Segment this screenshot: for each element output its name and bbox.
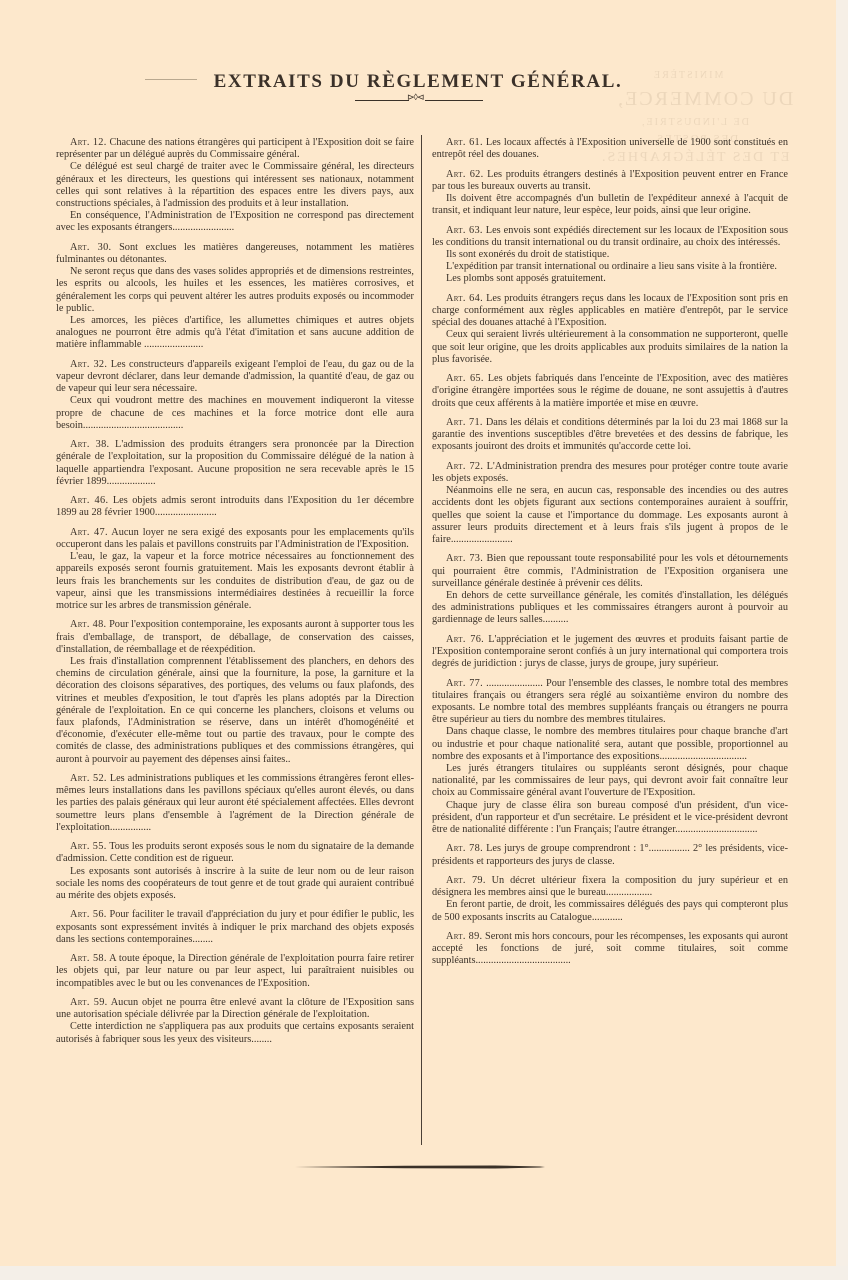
article-paragraph: Art. 77. ...................... Pour l'e… <box>432 678 788 727</box>
article-number: Art. 78. <box>446 843 483 854</box>
article-paragraph: Art. 71. Dans les délais et conditions d… <box>432 417 788 454</box>
article-text: Tous les produits seront exposés sous le… <box>56 841 414 864</box>
article-text: Les produits étrangers reçus dans les lo… <box>432 293 788 328</box>
article-number: Art. 71. <box>446 417 483 428</box>
article-paragraph: Art. 62. Les produits étrangers destinés… <box>432 169 788 193</box>
article-text: ...................... Pour l'ensemble d… <box>432 678 788 726</box>
article-text: A toute époque, la Direction générale de… <box>56 953 414 988</box>
article-text: L'Administration prendra des mesures pou… <box>432 461 788 484</box>
article-text: Bien que repoussant toute responsabilité… <box>432 553 788 588</box>
article-79: Art. 79. Un décret ultérieur fixera la c… <box>432 875 788 924</box>
article-65: Art. 65. Les objets fabriqués dans l'enc… <box>432 373 788 410</box>
column-divider <box>421 135 422 1145</box>
article-paragraph: Art. 78. Les jurys de groupe comprendron… <box>432 843 788 867</box>
ornament-glyph: ⊳◊⊲ <box>407 92 424 103</box>
article-paragraph: Art. 64. Les produits étrangers reçus da… <box>432 293 788 330</box>
article-paragraph: Dans chaque classe, le nombre des membre… <box>432 726 788 763</box>
article-12: Art. 12. Chacune des nations étrangères … <box>56 137 414 235</box>
page-margin-bottom <box>0 1266 848 1280</box>
article-48: Art. 48. Pour l'exposition contemporaine… <box>56 619 414 765</box>
article-number: Art. 65. <box>446 373 484 384</box>
article-text: Un décret ultérieur fixera la compositio… <box>432 875 788 898</box>
article-text: Ils sont exonérés du droit de statistiqu… <box>446 249 609 260</box>
article-64: Art. 64. Les produits étrangers reçus da… <box>432 293 788 366</box>
article-paragraph: Art. 79. Un décret ultérieur fixera la c… <box>432 875 788 899</box>
title-ornament: ⊳◊⊲ <box>355 96 483 106</box>
article-text: L'expédition par transit international o… <box>446 261 777 272</box>
article-text: Les plombs sont apposés gratuitement. <box>446 273 606 284</box>
article-62: Art. 62. Les produits étrangers destinés… <box>432 169 788 218</box>
article-number: Art. 89. <box>446 931 482 942</box>
article-number: Art. 48. <box>70 619 106 630</box>
article-text: Les envois sont expédiés directement sur… <box>432 225 788 248</box>
article-76: Art. 76. L'appréciation et le jugement d… <box>432 634 788 671</box>
article-paragraph: Art. 47. Aucun loyer ne sera exigé des e… <box>56 527 414 551</box>
article-63: Art. 63. Les envois sont expédiés direct… <box>432 225 788 286</box>
article-number: Art. 52. <box>70 773 107 784</box>
article-paragraph: Art. 52. Les administrations publiques e… <box>56 773 414 834</box>
article-paragraph: Art. 76. L'appréciation et le jugement d… <box>432 634 788 671</box>
article-paragraph: Art. 59. Aucun objet ne pourra être enle… <box>56 997 414 1021</box>
article-78: Art. 78. Les jurys de groupe comprendron… <box>432 843 788 867</box>
article-text: L'eau, le gaz, la vapeur et la force mot… <box>56 551 414 611</box>
article-paragraph: Art. 30. Sont exclues les matières dange… <box>56 242 414 266</box>
article-paragraph: Les jurés étrangers titulaires ou supplé… <box>432 763 788 800</box>
article-number: Art. 47. <box>70 527 108 538</box>
article-text: En conséquence, l'Administration de l'Ex… <box>56 210 414 233</box>
article-paragraph: L'eau, le gaz, la vapeur et la force mot… <box>56 551 414 612</box>
article-paragraph: Les exposants sont autorisés à inscrire … <box>56 866 414 903</box>
article-52: Art. 52. Les administrations publiques e… <box>56 773 414 834</box>
right-column: Art. 61. Les locaux affectés à l'Exposit… <box>432 137 788 975</box>
article-47: Art. 47. Aucun loyer ne sera exigé des e… <box>56 527 414 612</box>
article-text: Seront mis hors concours, pour les récom… <box>432 931 788 966</box>
article-number: Art. 61. <box>446 137 483 148</box>
article-text: Les frais d'installation comprennent l'é… <box>56 656 414 765</box>
article-58: Art. 58. A toute époque, la Direction gé… <box>56 953 414 990</box>
article-paragraph: Art. 32. Les constructeurs d'appareils e… <box>56 359 414 396</box>
article-paragraph: Art. 46. Les objets admis seront introdu… <box>56 495 414 519</box>
article-number: Art. 46. <box>70 495 108 506</box>
article-number: Art. 12. <box>70 137 107 148</box>
article-paragraph: Ce délégué est seul chargé de traiter av… <box>56 161 414 210</box>
article-paragraph: Néanmoins elle ne sera, en aucun cas, re… <box>432 485 788 546</box>
article-paragraph: Ils sont exonérés du droit de statistiqu… <box>432 249 788 261</box>
article-text: Néanmoins elle ne sera, en aucun cas, re… <box>432 485 788 545</box>
article-number: Art. 77. <box>446 678 483 689</box>
article-paragraph: Cette interdiction ne s'appliquera pas a… <box>56 1021 414 1045</box>
article-paragraph: En conséquence, l'Administration de l'Ex… <box>56 210 414 234</box>
article-text: Les jurys de groupe comprendront : 1°...… <box>432 843 788 866</box>
article-number: Art. 38. <box>70 439 109 450</box>
article-text: Pour faciliter le travail d'appréciation… <box>56 909 414 944</box>
article-text: Les locaux affectés à l'Exposition unive… <box>432 137 788 160</box>
article-number: Art. 79. <box>446 875 486 886</box>
article-89: Art. 89. Seront mis hors concours, pour … <box>432 931 788 968</box>
article-number: Art. 58. <box>70 953 107 964</box>
article-text: L'admission des produits étrangers sera … <box>56 439 414 487</box>
article-number: Art. 72. <box>446 461 483 472</box>
article-73: Art. 73. Bien que repoussant toute respo… <box>432 553 788 626</box>
article-paragraph: Ceux qui seraient livrés ultérieurement … <box>432 329 788 366</box>
bottom-rule <box>295 1165 545 1168</box>
article-text: Aucun loyer ne sera exigé des exposants … <box>56 527 414 550</box>
article-paragraph: Ne seront reçus que dans des vases solid… <box>56 266 414 315</box>
article-text: Ceux qui voudront mettre des machines en… <box>56 395 414 430</box>
article-text: Dans chaque classe, le nombre des membre… <box>432 726 788 761</box>
article-paragraph: Art. 38. L'admission des produits étrang… <box>56 439 414 488</box>
article-number: Art. 63. <box>446 225 483 236</box>
article-61: Art. 61. Les locaux affectés à l'Exposit… <box>432 137 788 161</box>
article-paragraph: Art. 63. Les envois sont expédiés direct… <box>432 225 788 249</box>
article-paragraph: Chaque jury de classe élira son bureau c… <box>432 800 788 837</box>
article-text: En feront partie, de droit, les commissa… <box>432 899 788 922</box>
article-text: Ne seront reçus que dans des vases solid… <box>56 266 414 314</box>
article-text: Les produits étrangers destinés à l'Expo… <box>432 169 788 192</box>
article-paragraph: Art. 65. Les objets fabriqués dans l'enc… <box>432 373 788 410</box>
article-paragraph: Art. 56. Pour faciliter le travail d'app… <box>56 909 414 946</box>
article-71: Art. 71. Dans les délais et conditions d… <box>432 417 788 454</box>
article-55: Art. 55. Tous les produits seront exposé… <box>56 841 414 902</box>
article-text: L'appréciation et le jugement des œuvres… <box>432 634 788 669</box>
article-text: Ceux qui seraient livrés ultérieurement … <box>432 329 788 364</box>
article-paragraph: Art. 72. L'Administration prendra des me… <box>432 461 788 485</box>
article-paragraph: Art. 58. A toute époque, la Direction gé… <box>56 953 414 990</box>
article-paragraph: L'expédition par transit international o… <box>432 261 788 273</box>
article-paragraph: En feront partie, de droit, les commissa… <box>432 899 788 923</box>
article-text: Les amorces, les pièces d'artifice, les … <box>56 315 414 350</box>
article-number: Art. 32. <box>70 359 107 370</box>
article-paragraph: Art. 89. Seront mis hors concours, pour … <box>432 931 788 968</box>
article-text: Aucun objet ne pourra être enlevé avant … <box>56 997 414 1020</box>
document-title: EXTRAITS DU RÈGLEMENT GÉNÉRAL. <box>0 71 836 93</box>
left-column: Art. 12. Chacune des nations étrangères … <box>56 137 414 1053</box>
article-text: Ils doivent être accompagnés d'un bullet… <box>432 193 788 216</box>
article-30: Art. 30. Sont exclues les matières dange… <box>56 242 414 352</box>
article-paragraph: Art. 61. Les locaux affectés à l'Exposit… <box>432 137 788 161</box>
article-number: Art. 59. <box>70 997 108 1008</box>
article-text: Les constructeurs d'appareils exigeant l… <box>56 359 414 394</box>
article-paragraph: Ceux qui voudront mettre des machines en… <box>56 395 414 432</box>
article-paragraph: Les frais d'installation comprennent l'é… <box>56 656 414 766</box>
article-text: Chacune des nations étrangères qui parti… <box>56 137 414 160</box>
article-paragraph: Ils doivent être accompagnés d'un bullet… <box>432 193 788 217</box>
article-text: Chaque jury de classe élira son bureau c… <box>432 800 788 835</box>
article-text: Les objets fabriqués dans l'enceinte de … <box>432 373 788 408</box>
article-59: Art. 59. Aucun objet ne pourra être enle… <box>56 997 414 1046</box>
article-text: Cette interdiction ne s'appliquera pas a… <box>56 1021 414 1044</box>
article-paragraph: En dehors de cette surveillance générale… <box>432 590 788 627</box>
article-77: Art. 77. ...................... Pour l'e… <box>432 678 788 837</box>
article-text: Les jurés étrangers titulaires ou supplé… <box>432 763 788 798</box>
article-text: Pour l'exposition contemporaine, les exp… <box>56 619 414 654</box>
article-text: Dans les délais et conditions déterminés… <box>432 417 788 452</box>
article-paragraph: Les amorces, les pièces d'artifice, les … <box>56 315 414 352</box>
page-margin-right <box>836 0 848 1280</box>
article-number: Art. 56. <box>70 909 107 920</box>
article-paragraph: Art. 48. Pour l'exposition contemporaine… <box>56 619 414 656</box>
article-paragraph: Art. 12. Chacune des nations étrangères … <box>56 137 414 161</box>
article-text: Les exposants sont autorisés à inscrire … <box>56 866 414 901</box>
article-text: Ce délégué est seul chargé de traiter av… <box>56 161 414 209</box>
article-number: Art. 73. <box>446 553 483 564</box>
article-number: Art. 76. <box>446 634 484 645</box>
article-paragraph: Les plombs sont apposés gratuitement. <box>432 273 788 285</box>
article-number: Art. 55. <box>70 841 107 852</box>
article-number: Art. 30. <box>70 242 111 253</box>
article-46: Art. 46. Les objets admis seront introdu… <box>56 495 414 519</box>
article-38: Art. 38. L'admission des produits étrang… <box>56 439 414 488</box>
article-paragraph: Art. 73. Bien que repoussant toute respo… <box>432 553 788 590</box>
article-text: En dehors de cette surveillance générale… <box>432 590 788 625</box>
article-32: Art. 32. Les constructeurs d'appareils e… <box>56 359 414 432</box>
article-56: Art. 56. Pour faciliter le travail d'app… <box>56 909 414 946</box>
article-number: Art. 64. <box>446 293 483 304</box>
article-text: Les objets admis seront introduits dans … <box>56 495 414 518</box>
article-72: Art. 72. L'Administration prendra des me… <box>432 461 788 546</box>
article-text: Les administrations publiques et les com… <box>56 773 414 833</box>
article-number: Art. 62. <box>446 169 483 180</box>
article-paragraph: Art. 55. Tous les produits seront exposé… <box>56 841 414 865</box>
